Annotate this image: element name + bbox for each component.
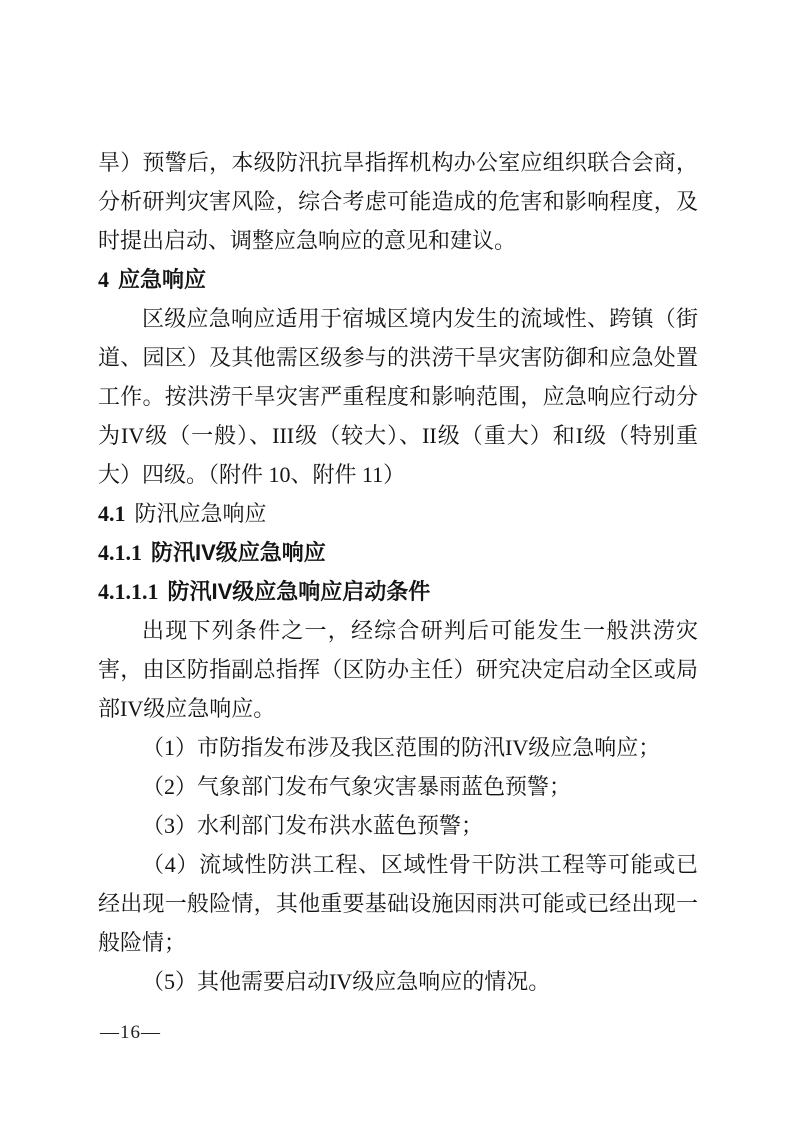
heading-4-1-text: 防汛应急响应 bbox=[135, 501, 267, 526]
heading-4-1-1-1-text: 防汛IV级应急响应启动条件 bbox=[168, 579, 431, 604]
heading-4-1-1-1-number: 4.1.1.1 bbox=[98, 579, 159, 604]
heading-4-1-number: 4.1 bbox=[98, 501, 126, 526]
page-number: —16— bbox=[100, 1018, 161, 1048]
paragraph-scope: 区级应急响应适用于宿城区境内发生的流域性、跨镇（街道、园区）及其他需区级参与的洪… bbox=[98, 299, 698, 494]
paragraph-activation-intro: 出现下列条件之一，经综合研判后可能发生一般洪涝灾害，由区防指副总指挥（区防办主任… bbox=[98, 611, 698, 728]
condition-item-3: （3）水利部门发布洪水蓝色预警； bbox=[98, 806, 698, 845]
heading-4-1-1-1: 4.1.1.1防汛IV级应急响应启动条件 bbox=[98, 572, 698, 611]
document-page: 旱）预警后，本级防汛抗旱指挥机构办公室应组织联合会商，分析研判灾害风险，综合考虑… bbox=[0, 0, 793, 1122]
heading-4-1: 4.1防汛应急响应 bbox=[98, 494, 698, 533]
heading-4-1-1: 4.1.1防汛IV级应急响应 bbox=[98, 533, 698, 572]
heading-4: 4应急响应 bbox=[98, 260, 698, 299]
heading-4-text: 应急响应 bbox=[118, 267, 206, 292]
condition-item-2: （2）气象部门发布气象灾害暴雨蓝色预警； bbox=[98, 767, 698, 806]
heading-4-1-1-text: 防汛IV级应急响应 bbox=[151, 540, 326, 565]
paragraph-continuation: 旱）预警后，本级防汛抗旱指挥机构办公室应组织联合会商，分析研判灾害风险，综合考虑… bbox=[98, 143, 698, 260]
heading-4-number: 4 bbox=[98, 267, 109, 292]
condition-item-5: （5）其他需要启动IV级应急响应的情况。 bbox=[98, 962, 698, 1001]
condition-item-4: （4）流域性防洪工程、区域性骨干防洪工程等可能或已经出现一般险情，其他重要基础设… bbox=[98, 845, 698, 962]
condition-item-1: （1）市防指发布涉及我区范围的防汛IV级应急响应； bbox=[98, 728, 698, 767]
heading-4-1-1-number: 4.1.1 bbox=[98, 540, 142, 565]
